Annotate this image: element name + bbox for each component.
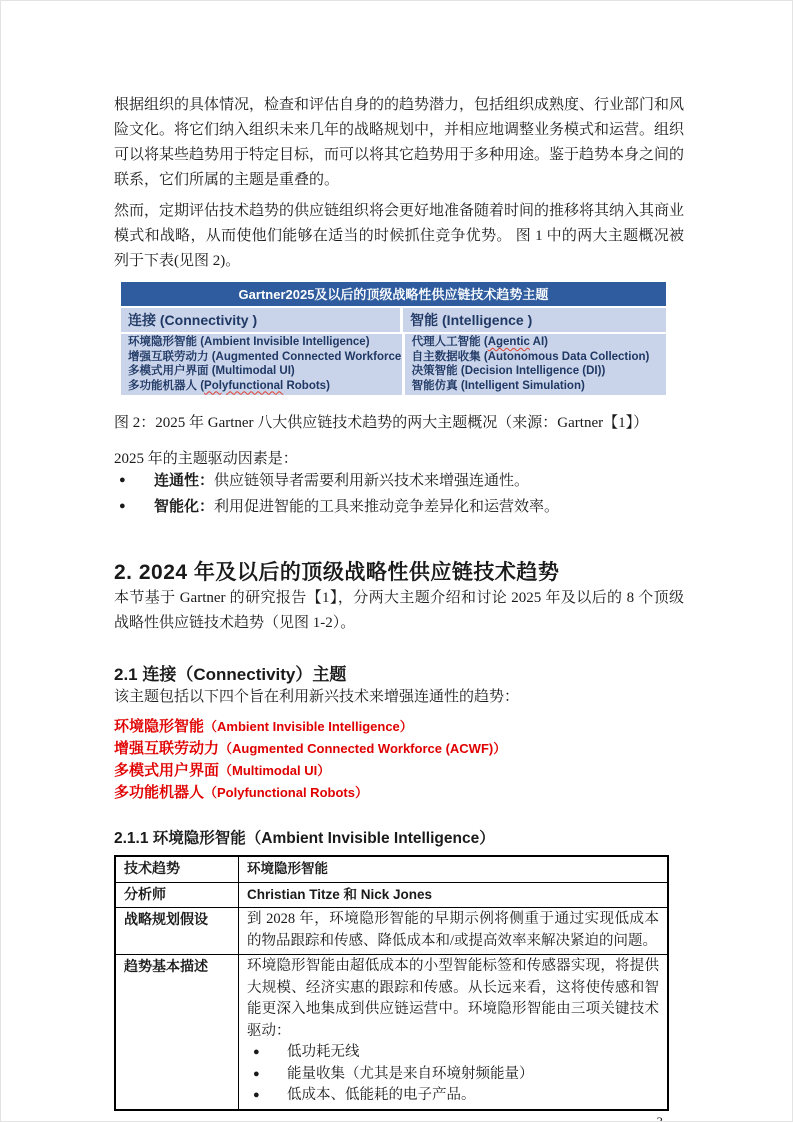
driver-bullet-intelligence: 智能化：利用促进智能的工具来推动竞争差异化和运营效率。 [114,494,684,520]
trend-name-en: （Polyfunctional Robots） [204,785,368,800]
drivers-intro: 2025 年的主题驱动因素是： [114,447,684,468]
figure-trend-item: 多功能机器人 (Polyfunctional Robots) [128,379,395,394]
figure-trend-item: 代理人工智能 (Agentic AI) [412,335,659,350]
figure-trend-item: 智能仿真 (Intelligent Simulation) [412,379,659,394]
figure-trend-item: 多模式用户界面 (Multimodal UI) [128,364,395,379]
row-value-analysts: Christian Titze 和 Nick Jones [239,882,669,908]
trend-description-text: 环境隐形智能由超低成本的小型智能标签和传感器实现，将提供大规模、经济实惠的跟踪和… [247,956,659,1042]
trend-detail-table: 技术趋势 环境隐形智能 分析师 Christian Titze 和 Nick J… [114,855,669,1111]
document-page: { "para1": "根据组织的具体情况，检查和评估自身的的趋势潜力，包括组织… [0,0,793,1122]
spellcheck-squiggle: Polyfunctional [204,380,283,392]
section-2-1-intro: 该主题包括以下四个旨在利用新兴技术来增强连通性的趋势： [114,685,684,710]
driver-bullet-connectivity: 连通性：供应链领导者需要利用新兴技术来增强连通性。 [114,468,684,494]
figure-2-trends-table: Gartner2025及以后的顶级战略性供应链技术趋势主题 连接 (Connec… [121,282,666,395]
driver-desc: 供应链领导者需要利用新兴技术来增强连通性。 [214,473,529,489]
trend-name-zh: 环境隐形智能 [114,718,204,735]
paragraph-periodic-assessment: 然而，定期评估技术趋势的供应链组织将会更好地准备随着时间的推移将其纳入其商业模式… [114,199,684,274]
section-2-heading: 2. 2024 年及以后的顶级战略性供应链技术趋势 [114,556,684,586]
tech-driver-bullet: 低功耗无线 [247,1042,659,1064]
table-row: 分析师 Christian Titze 和 Nick Jones [115,882,668,908]
figure-table-header-row: 连接 (Connectivity ) 智能 (Intelligence ) [121,308,666,332]
row-label-trend-description: 趋势基本描述 [115,955,239,1110]
row-label-tech-trend: 技术趋势 [115,856,239,882]
figure-column-items-1: 代理人工智能 (Agentic AI)自主数据收集 (Autonomous Da… [405,334,666,395]
page-content: 根据组织的具体情况，检查和评估自身的的趋势潜力，包括组织成熟度、行业部门和风险文… [114,93,684,1122]
spellcheck-squiggle: Agentic [488,336,530,348]
figure-2-caption: 图 2：2025 年 Gartner 八大供应链技术趋势的两大主题概况（来源：G… [114,411,684,432]
trend-name-zh: 多模式用户界面 [114,762,219,779]
figure-trend-item: 增强互联劳动力 (Augmented Connected Workforce (… [128,350,395,365]
driver-term: 连通性： [154,472,214,489]
red-trend-line: 多功能机器人（Polyfunctional Robots） [114,782,684,804]
page-number: 3 [114,1114,669,1122]
tech-driver-bullet: 能量收集（尤其是来自环境射频能量） [247,1064,659,1086]
red-trend-line: 多模式用户界面（Multimodal UI） [114,760,684,782]
figure-column-header-connectivity: 连接 (Connectivity ) [121,308,400,332]
red-trend-list: 环境隐形智能（Ambient Invisible Intelligence）增强… [114,716,684,804]
driver-desc: 利用促进智能的工具来推动竞争差异化和运营效率。 [214,499,559,515]
trend-name-en: （Augmented Connected Workforce (ACWF)） [219,741,506,756]
driver-term: 智能化： [154,498,214,515]
section-2-intro: 本节基于 Gartner 的研究报告【1】，分两大主题介绍和讨论 2025 年及… [114,586,684,636]
trend-name-zh: 增强互联劳动力 [114,740,219,757]
section-2-1-heading: 2.1 连接（Connectivity）主题 [114,660,684,685]
figure-column-header-intelligence: 智能 (Intelligence ) [403,308,666,332]
table-row: 战略规划假设 到 2028 年，环境隐形智能的早期示例将侧重于通过实现低成本的物… [115,908,668,955]
trend-name-en: （Multimodal UI） [219,763,330,778]
figure-table-title: Gartner2025及以后的顶级战略性供应链技术趋势主题 [121,282,666,306]
table-row: 趋势基本描述 环境隐形智能由超低成本的小型智能标签和传感器实现，将提供大规模、经… [115,955,668,1110]
table-row: 技术趋势 环境隐形智能 [115,856,668,882]
row-label-analysts: 分析师 [115,882,239,908]
trend-name-zh: 多功能机器人 [114,784,204,801]
tech-driver-bullet: 低成本、低能耗的电子产品。 [247,1085,659,1107]
figure-trend-item: 自主数据收集 (Autonomous Data Collection) [412,350,659,365]
figure-table-items-row: 环境隐形智能 (Ambient Invisible Intelligence)增… [121,334,666,395]
figure-trend-item: 环境隐形智能 (Ambient Invisible Intelligence) [128,335,395,350]
figure-column-items-0: 环境隐形智能 (Ambient Invisible Intelligence)增… [121,334,402,395]
red-trend-line: 增强互联劳动力（Augmented Connected Workforce (A… [114,738,684,760]
row-label-strategic-assumption: 战略规划假设 [115,908,239,955]
figure-trend-item: 决策智能 (Decision Intelligence (DI)) [412,364,659,379]
row-value-strategic-assumption: 到 2028 年，环境隐形智能的早期示例将侧重于通过实现低成本的物品跟踪和传感、… [239,908,669,955]
trend-name-en: （Ambient Invisible Intelligence） [204,719,413,734]
red-trend-line: 环境隐形智能（Ambient Invisible Intelligence） [114,716,684,738]
row-value-trend-description: 环境隐形智能由超低成本的小型智能标签和传感器实现，将提供大规模、经济实惠的跟踪和… [239,955,669,1110]
section-2-1-1-heading: 2.1.1 环境隐形智能（Ambient Invisible Intellige… [114,826,684,848]
row-value-tech-trend: 环境隐形智能 [239,856,669,882]
paragraph-trend-potential: 根据组织的具体情况，检查和评估自身的的趋势潜力，包括组织成熟度、行业部门和风险文… [114,93,684,193]
